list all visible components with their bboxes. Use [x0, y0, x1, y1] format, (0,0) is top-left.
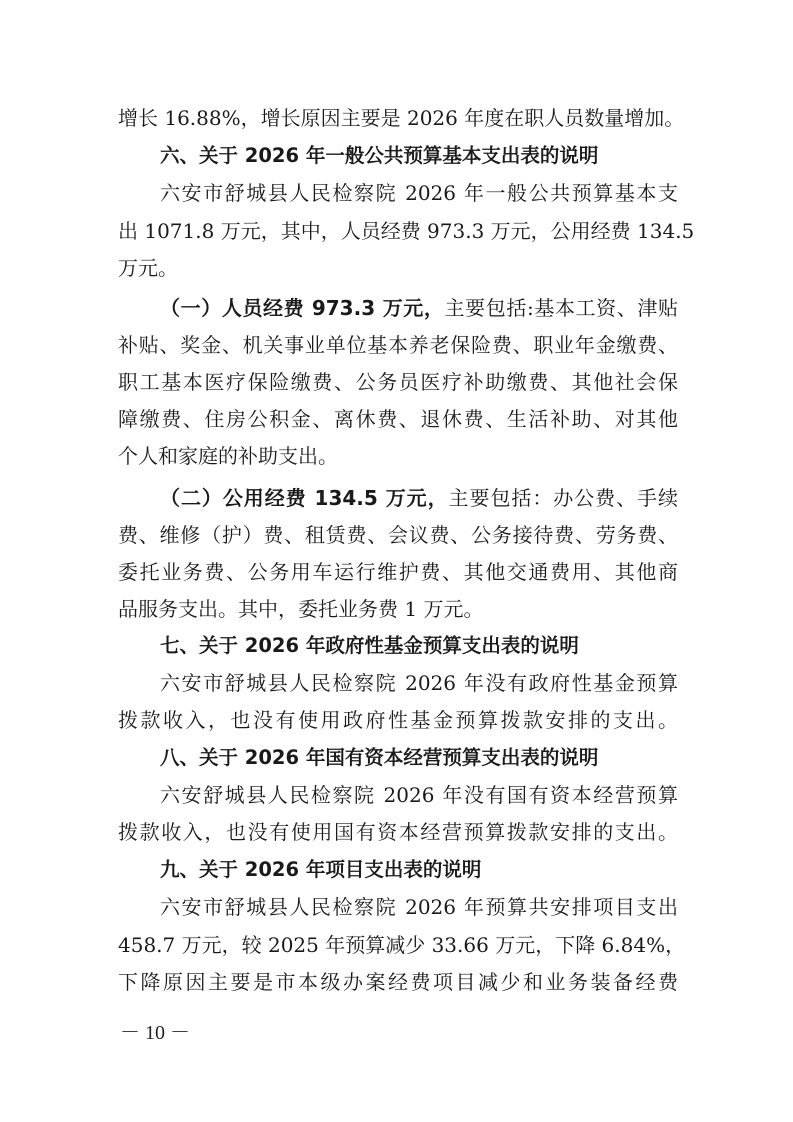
paragraph-line: 个人和家庭的补助支出。 — [118, 441, 678, 471]
paragraph-line: 六安市舒城县人民检察院 2026 年一般公共预算基本支 — [160, 178, 678, 208]
paragraph-line: 费、维修（护）费、租赁费、会议费、公务接待费、劳务费、 — [118, 520, 678, 550]
paragraph-line: 下降原因主要是市本级办案经费项目减少和业务装备经费 — [118, 967, 678, 997]
section-heading-6: 六、关于 2026 年一般公共预算基本支出表的说明 — [160, 141, 678, 171]
paragraph-text: 主要包括:基本工资、津贴 — [445, 296, 678, 320]
section-heading-8: 八、关于 2026 年国有资本经营预算支出表的说明 — [160, 743, 678, 773]
paragraph-line: 出 1071.8 万元，其中，人员经费 973.3 万元，公用经费 134.5 — [118, 216, 678, 246]
paragraph-line: 拨款收入，也没有使用政府性基金预算拨款安排的支出。 — [118, 705, 678, 735]
paragraph-line: 万元。 — [118, 253, 678, 283]
paragraph-line: 品服务支出。其中，委托业务费 1 万元。 — [118, 594, 678, 624]
paragraph-line: 委托业务费、公务用车运行维护费、其他交通费用、其他商 — [118, 557, 678, 587]
paragraph-text: 主要包括：办公费、手续 — [449, 486, 678, 510]
section-heading-9: 九、关于 2026 年项目支出表的说明 — [160, 855, 678, 885]
subheading-personnel-expense: （一）人员经费 973.3 万元， — [160, 296, 445, 320]
page-number: － 10 － — [120, 1016, 190, 1045]
document-page: 增长 16.88%，增长原因主要是 2026 年度在职人员数量增加。 六、关于 … — [0, 0, 793, 1122]
paragraph-line-personnel: （一）人员经费 973.3 万元，主要包括:基本工资、津贴 — [160, 293, 678, 323]
section-heading-7: 七、关于 2026 年政府性基金预算支出表的说明 — [160, 631, 678, 661]
paragraph-line: 六安市舒城县人民检察院 2026 年预算共安排项目支出 — [160, 892, 678, 922]
paragraph-line: 六安市舒城县人民检察院 2026 年没有政府性基金预算 — [160, 668, 678, 698]
paragraph-line: 障缴费、住房公积金、离休费、退休费、生活补助、对其他 — [118, 404, 678, 434]
paragraph-line: 补贴、奖金、机关事业单位基本养老保险费、职业年金缴费、 — [118, 330, 678, 360]
paragraph-line: 拨款收入，也没有使用国有资本经营预算拨款安排的支出。 — [118, 817, 678, 847]
paragraph-line: 增长 16.88%，增长原因主要是 2026 年度在职人员数量增加。 — [118, 103, 678, 133]
paragraph-line: 六安舒城县人民检察院 2026 年没有国有资本经营预算 — [160, 780, 678, 810]
paragraph-line: 458.7 万元，较 2025 年预算减少 33.66 万元，下降 6.84%， — [118, 930, 678, 960]
paragraph-line-public: （二）公用经费 134.5 万元，主要包括：办公费、手续 — [160, 483, 678, 513]
subheading-public-expense: （二）公用经费 134.5 万元， — [160, 486, 449, 510]
paragraph-line: 职工基本医疗保险缴费、公务员医疗补助缴费、其他社会保 — [118, 367, 678, 397]
